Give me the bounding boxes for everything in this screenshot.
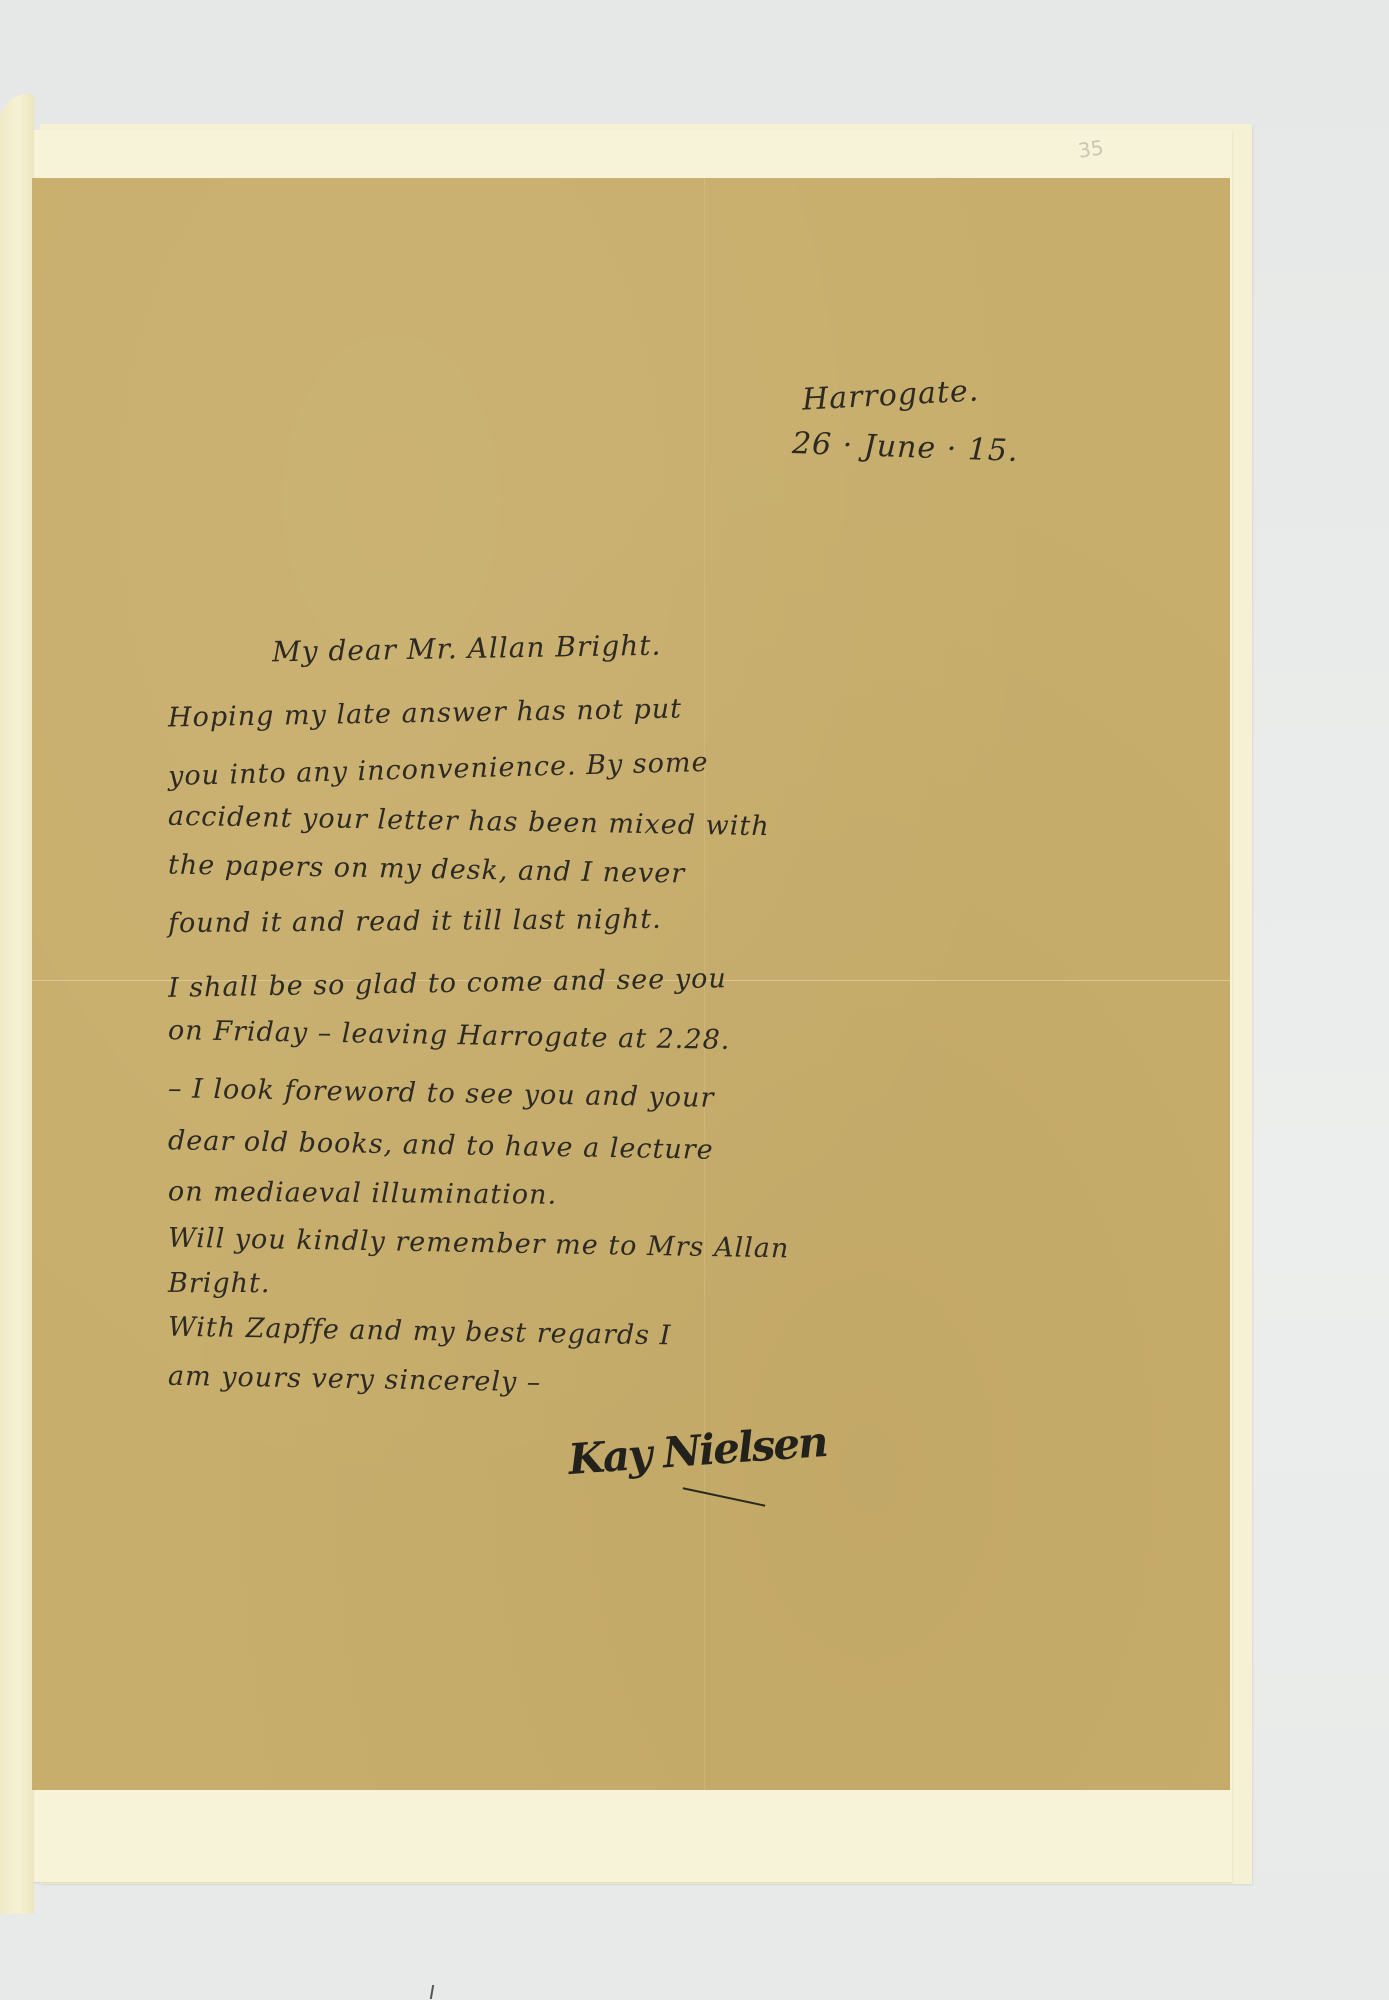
body-line: dear old books, and to have a lecture (168, 1125, 714, 1166)
body-line: Bright. (168, 1268, 271, 1299)
body-line: Hoping my late answer has not put (168, 694, 682, 734)
body-line: found it and read it till last night. (168, 904, 662, 939)
left-page-curl (0, 94, 34, 1914)
letter-place: Harrogate. (801, 373, 980, 417)
body-line: on Friday – leaving Harrogate at 2.28. (168, 1015, 731, 1056)
body-line: you into any inconvenience. By some (168, 747, 709, 792)
body-line: With Zapffe and my best regards I (168, 1312, 672, 1352)
signature: Kay Nielsen (567, 1417, 828, 1484)
body-line: – I look foreword to see you and your (168, 1073, 715, 1114)
letter-sheet: Harrogate. 26 · June · 15. My dear Mr. A… (32, 178, 1230, 1790)
body-line: on mediaeval illumination. (168, 1176, 557, 1210)
signature-flourish (683, 1487, 766, 1506)
body-line: am yours very sincerely – (168, 1361, 542, 1399)
body-line: I shall be so glad to come and see you (168, 963, 727, 1004)
letter-date: 26 · June · 15. (791, 426, 1019, 469)
body-line: accident your letter has been mixed with (168, 801, 770, 842)
letter-salutation: My dear Mr. Allan Bright. (272, 629, 662, 669)
body-line: Will you kindly remember me to Mrs Allan (168, 1223, 790, 1265)
body-line: the papers on my desk, and I never (168, 849, 686, 889)
pencil-folio-number: 35 (1076, 135, 1105, 162)
